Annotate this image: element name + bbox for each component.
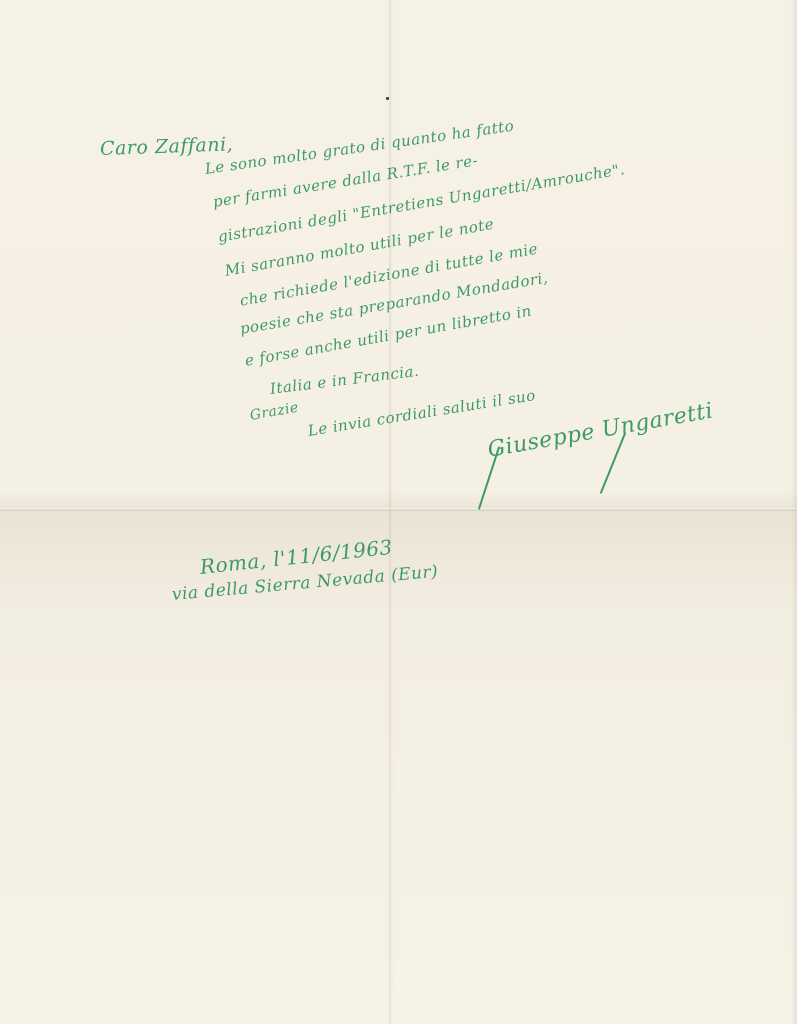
paper-edge <box>791 0 797 1024</box>
letter-paper: Caro Zaffani, Le sono molto grato di qua… <box>0 0 797 1024</box>
signature: Giuseppe Ungaretti <box>486 399 715 463</box>
thanks-text: Grazie <box>249 400 300 424</box>
vertical-fold-line <box>389 0 391 1024</box>
closing-text: Le invia cordiali saluti il suo <box>307 386 537 440</box>
salutation: Caro Zaffani, <box>100 133 234 160</box>
ink-speck <box>386 97 389 100</box>
body-line-8: Italia e in Francia. <box>269 362 420 398</box>
horizontal-fold-line <box>0 508 797 511</box>
